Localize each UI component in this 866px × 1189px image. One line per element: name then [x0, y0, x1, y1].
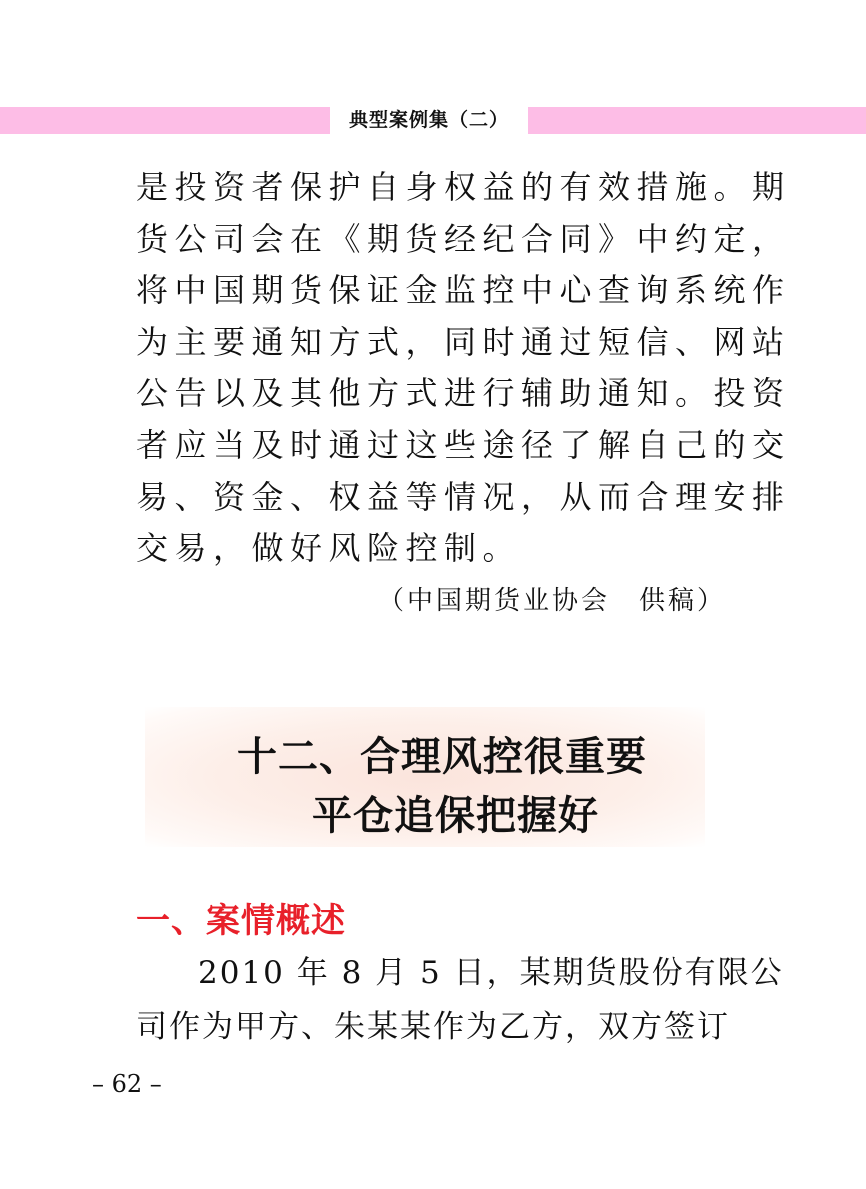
chapter-title-line-1: 十二、合理风控很重要 — [237, 725, 647, 782]
header-band-left — [0, 107, 330, 134]
paragraph-continued: 是投资者保护自身权益的有效措施。期 货公司会在《期货经纪合同》中约定， 将中国期… — [136, 162, 726, 575]
text-line: 交易，做好风险控制。 — [136, 523, 726, 575]
text-line: 2010 年 8 月 5 日，某期货股份有限公 — [136, 946, 726, 1000]
text-line: 货公司会在《期货经纪合同》中约定， — [136, 214, 726, 266]
source-credit: （中国期货业协会 供稿） — [378, 580, 726, 617]
text-line: 司作为甲方、朱某某作为乙方，双方签订 — [136, 1000, 726, 1054]
running-header-title: 典型案例集（二） — [330, 106, 528, 135]
case-summary-paragraph: 2010 年 8 月 5 日，某期货股份有限公 司作为甲方、朱某某作为乙方，双方… — [136, 946, 726, 1054]
chapter-title-line-2: 平仓追保把握好 — [312, 784, 599, 841]
header-band-right — [528, 107, 866, 134]
text-line: 易、资金、权益等情况，从而合理安排 — [136, 472, 726, 524]
text-line: 公告以及其他方式进行辅助通知。投资 — [136, 368, 726, 420]
text-line: 将中国期货保证金监控中心查询系统作 — [136, 265, 726, 317]
page-number: – 62 – — [92, 1070, 162, 1098]
text-line: 为主要通知方式，同时通过短信、网站 — [136, 317, 726, 369]
section-heading: 一、案情概述 — [136, 893, 346, 942]
text-line: 是投资者保护自身权益的有效措施。期 — [136, 162, 726, 214]
text-line: 者应当及时通过这些途径了解自己的交 — [136, 420, 726, 472]
